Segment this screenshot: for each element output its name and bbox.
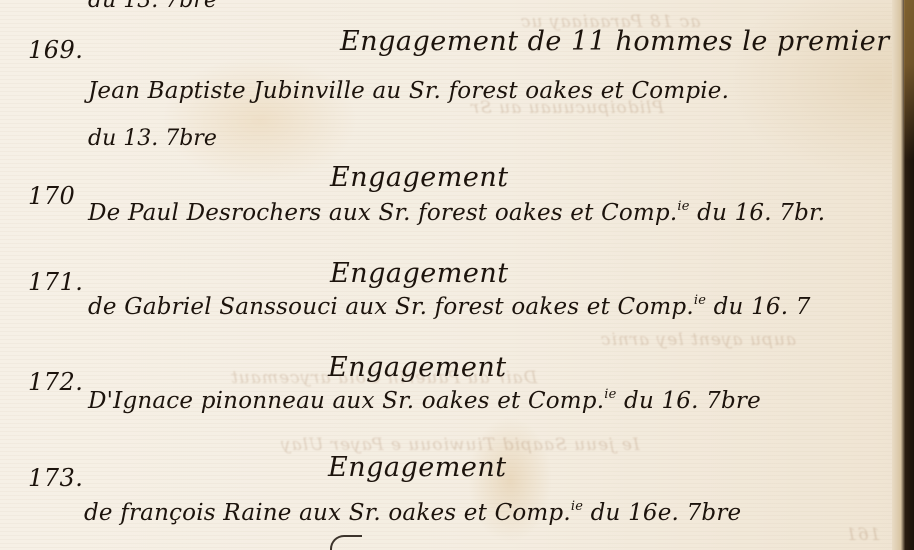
entry-body-text: de françois Raine aux Sr. oakes et Comp. [84, 500, 571, 526]
entry-title: Engagement [328, 352, 507, 383]
bleed-through-page-number: 161 [845, 525, 880, 545]
entry-title: Engagement [330, 162, 509, 193]
entry-date: du 16. 7 [706, 294, 810, 320]
entry-title: Engagement [328, 452, 507, 483]
entry-number: 169. [28, 36, 83, 64]
entry-body-superscript: ie [677, 199, 689, 214]
entry-number: 170 [28, 182, 75, 210]
entry-body-text: De Paul Desrochers aux Sr. forest oakes … [88, 200, 677, 226]
entry-body: De Paul Desrochers aux Sr. forest oakes … [88, 200, 825, 226]
entry-number: 173. [28, 464, 83, 492]
entry-number: 171. [28, 268, 83, 296]
entry-date: du 13. 7bre [88, 126, 217, 151]
ledger-page: ac 18 Paraaiaay uc Plidoipucuuau au Sr a… [0, 0, 914, 550]
entry-body: de françois Raine aux Sr. oakes et Comp.… [84, 500, 741, 526]
next-entry-fragment [330, 535, 362, 550]
entry-date: du 16e. 7bre [583, 500, 741, 526]
entry-body: D'Ignace pinonneau aux Sr. oakes et Comp… [88, 388, 761, 414]
entry-title: Engagement [330, 258, 509, 289]
binding-edge-wear [904, 0, 914, 160]
entry-title: Engagement de 11 hommes le premier [340, 26, 890, 57]
entry-body-superscript: ie [694, 293, 706, 308]
entry-body: de Gabriel Sanssouci aux Sr. forest oake… [88, 294, 811, 320]
entry-number: 172. [28, 368, 83, 396]
entry-body: Jean Baptiste Jubinville au Sr. forest o… [88, 78, 729, 104]
entry-date: du 16. 7br. [690, 200, 826, 226]
entry-body-text: de Gabriel Sanssouci aux Sr. forest oake… [88, 294, 694, 320]
bleed-through-text: aupu ayent ley arnic [600, 330, 796, 350]
previous-entry-date-fragment: du 13. 7bre [88, 0, 217, 13]
entry-date: du 16. 7bre [617, 388, 761, 414]
entry-body-superscript: ie [571, 499, 583, 514]
entry-body-text: D'Ignace pinonneau aux Sr. oakes et Comp… [88, 388, 604, 414]
entry-body-superscript: ie [604, 387, 616, 402]
